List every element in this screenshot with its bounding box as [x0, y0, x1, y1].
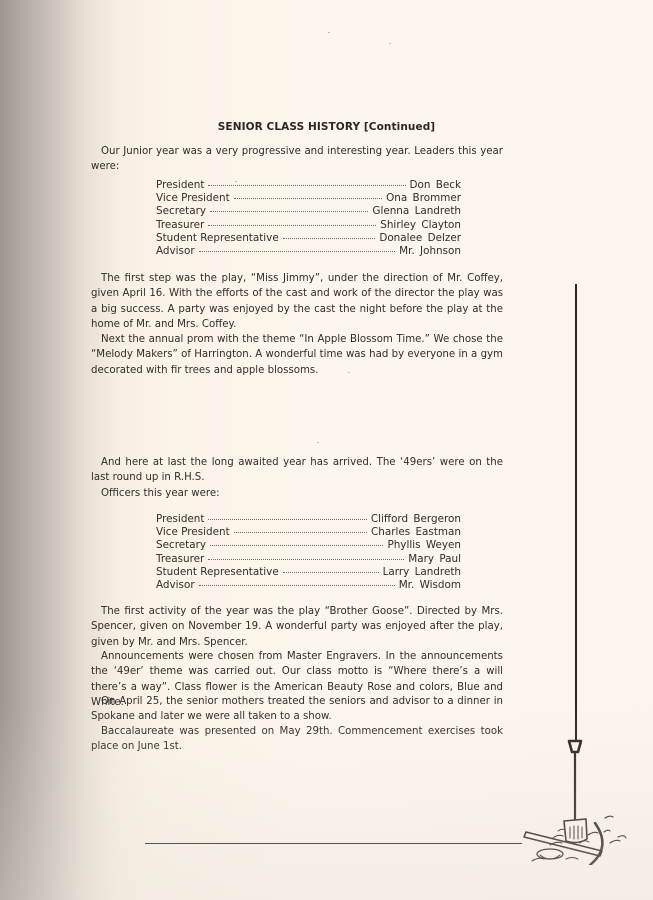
page-title: SENIOR CLASS HISTORY [Continued]: [0, 121, 653, 133]
officer-role: Vice President: [156, 192, 230, 205]
officer-name: Ona Brommer: [386, 192, 461, 205]
officer-role: Student Representative: [156, 566, 279, 579]
yearbook-page: SENIOR CLASS HISTORY [Continued] Our Jun…: [0, 0, 653, 900]
senior-paragraph-text: Baccalaureate was presented on May 29th.…: [91, 726, 503, 752]
officer-row: Vice PresidentOna Brommer: [156, 192, 461, 205]
officer-role: Student Representative: [156, 232, 279, 245]
senior-intro: Officers this year were:: [91, 486, 503, 501]
officer-role: Treasurer: [156, 553, 204, 566]
officer-name: Clifford Bergeron: [371, 513, 461, 526]
senior-intro-text: And here at last the long awaited year h…: [91, 457, 503, 483]
page-title-text: SENIOR CLASS HISTORY [Continued]: [218, 121, 435, 133]
officer-role: Secretary: [156, 539, 206, 552]
junior-paragraph-text: Next the annual prom with the theme “In …: [91, 334, 503, 376]
officer-row: TreasurerMary Paul: [156, 553, 461, 566]
senior-intro-text: Officers this year were:: [101, 488, 220, 499]
officer-role: Vice President: [156, 526, 230, 539]
junior-paragraph: Next the annual prom with the theme “In …: [91, 332, 503, 378]
paper-speck: [389, 43, 391, 44]
dot-leader: [283, 237, 376, 239]
officer-name: Don Beck: [410, 179, 462, 192]
shovel-and-pickaxe-icon: [520, 735, 640, 865]
paper-speck: [348, 372, 350, 373]
officer-name: Mr. Wisdom: [399, 579, 461, 592]
dot-leader: [210, 210, 368, 212]
officer-role: Advisor: [156, 579, 195, 592]
officer-row: Student RepresentativeLarry Landreth: [156, 566, 461, 579]
dot-leader: [208, 224, 376, 226]
junior-officers-list: PresidentDon Beck Vice PresidentOna Brom…: [156, 179, 461, 258]
dot-leader: [234, 197, 382, 199]
senior-intro: And here at last the long awaited year h…: [91, 455, 503, 486]
officer-name: Larry Landreth: [383, 566, 461, 579]
junior-intro-text: Our Junior year was a very progressive a…: [91, 146, 503, 172]
senior-paragraph-text: The first activity of the year was the p…: [91, 606, 503, 648]
officer-role: Advisor: [156, 245, 195, 258]
paper-speck: [235, 181, 237, 182]
officer-name: Mary Paul: [408, 553, 461, 566]
dot-leader: [199, 250, 396, 252]
officer-row: AdvisorMr. Johnson: [156, 245, 461, 258]
senior-paragraph: Baccalaureate was presented on May 29th.…: [91, 724, 503, 755]
officer-name: Donalee Delzer: [379, 232, 461, 245]
officer-row: AdvisorMr. Wisdom: [156, 579, 461, 592]
officer-name: Glenna Landreth: [372, 205, 461, 218]
officer-row: PresidentClifford Bergeron: [156, 513, 461, 526]
horizontal-rule: [145, 843, 522, 844]
officer-role: Treasurer: [156, 219, 204, 232]
junior-paragraph-text: The first step was the play, “Miss Jimmy…: [91, 273, 503, 330]
officer-role: Secretary: [156, 205, 206, 218]
vertical-rule: [575, 284, 577, 740]
officer-role: President: [156, 513, 204, 526]
paper-speck: [328, 32, 330, 33]
officer-row: SecretaryPhyllis Weyen: [156, 539, 461, 552]
senior-paragraph: The first activity of the year was the p…: [91, 604, 503, 650]
senior-paragraph-text: On April 25, the senior mothers treated …: [91, 696, 503, 722]
officer-row: Vice PresidentCharles Eastman: [156, 526, 461, 539]
dot-leader: [210, 544, 383, 546]
officer-row: PresidentDon Beck: [156, 179, 461, 192]
dot-leader: [208, 518, 366, 520]
officer-row: Student RepresentativeDonalee Delzer: [156, 232, 461, 245]
junior-intro: Our Junior year was a very progressive a…: [91, 144, 503, 175]
paper-speck: [317, 442, 319, 443]
dot-leader: [208, 184, 405, 186]
officer-row: SecretaryGlenna Landreth: [156, 205, 461, 218]
officer-name: Phyllis Weyen: [387, 539, 461, 552]
dot-leader: [199, 584, 395, 586]
junior-paragraph: The first step was the play, “Miss Jimmy…: [91, 271, 503, 333]
dot-leader: [234, 531, 367, 533]
senior-paragraph: On April 25, the senior mothers treated …: [91, 694, 503, 725]
officer-role: President: [156, 179, 204, 192]
officer-name: Shirley Clayton: [380, 219, 461, 232]
dot-leader: [283, 571, 379, 573]
officer-row: TreasurerShirley Clayton: [156, 219, 461, 232]
dot-leader: [208, 558, 404, 560]
officer-name: Mr. Johnson: [399, 245, 461, 258]
officer-name: Charles Eastman: [371, 526, 461, 539]
senior-officers-list: PresidentClifford Bergeron Vice Presiden…: [156, 513, 461, 592]
